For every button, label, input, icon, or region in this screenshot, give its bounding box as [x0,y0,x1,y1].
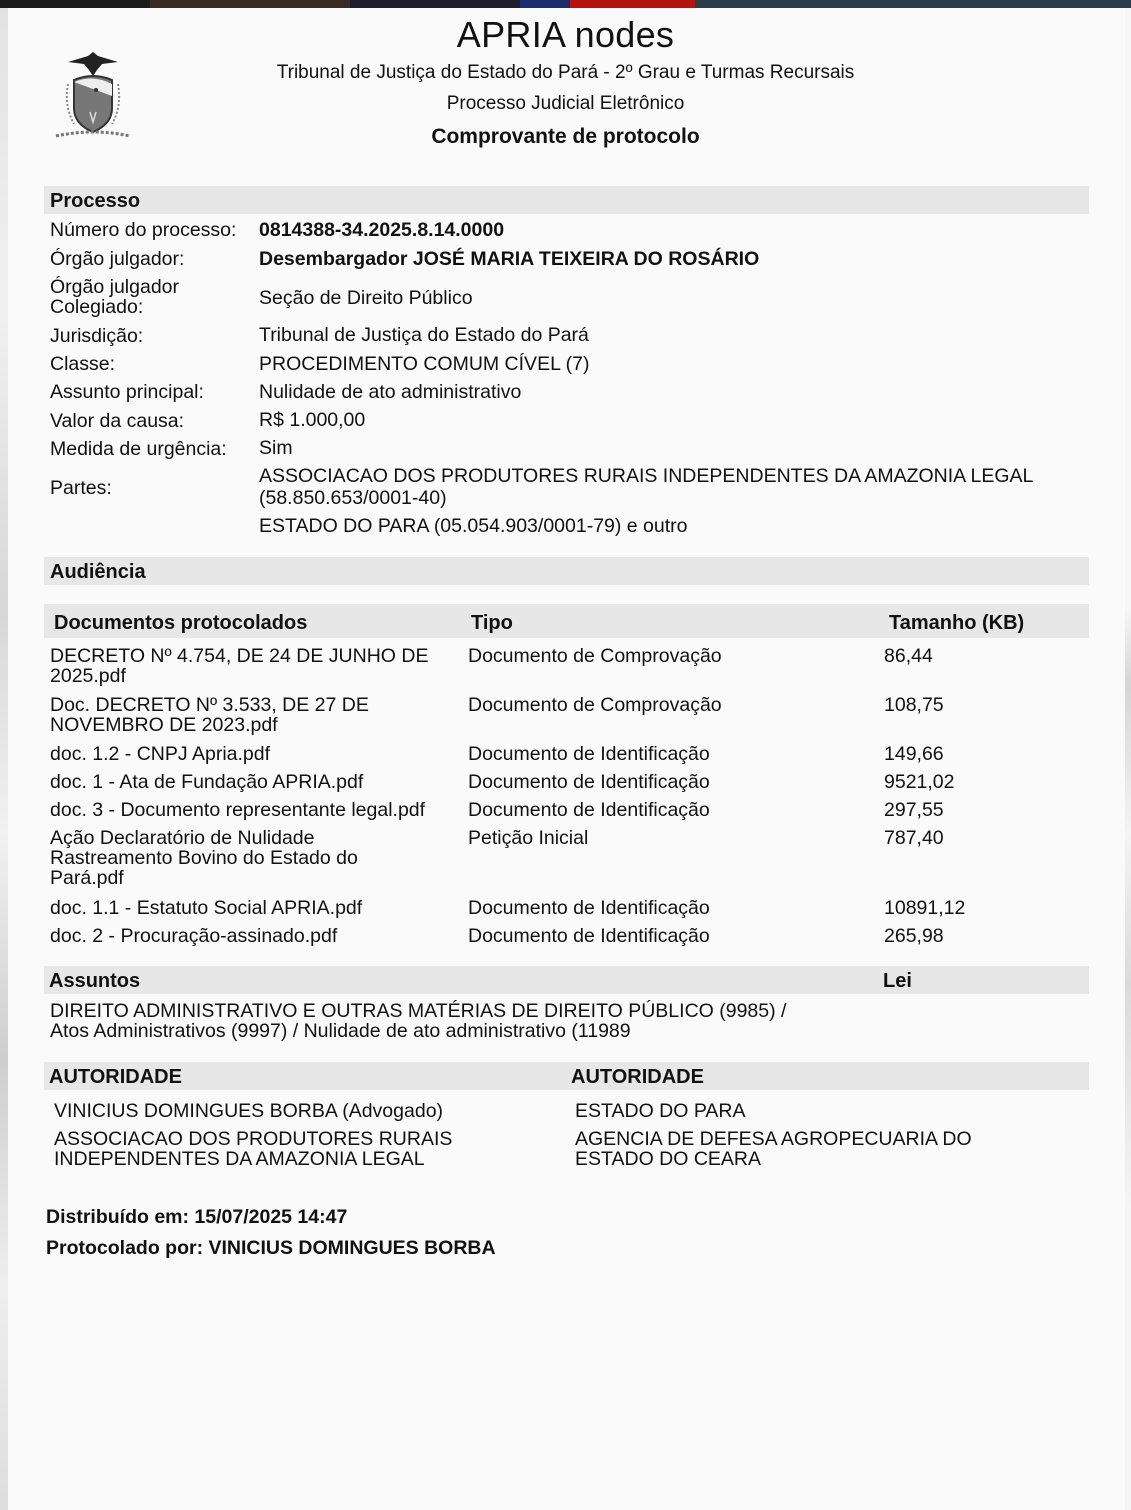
doc-type: Documento de Identificação [468,898,710,918]
parte-2: ESTADO DO PARA (05.054.903/0001-79) e ou… [259,516,688,537]
section-audiencia: Audiência [44,557,1089,585]
autoridade-right-2-line2: ESTADO DO CEARA [575,1149,761,1169]
assuntos-line1: DIREITO ADMINISTRATIVO E OUTRAS MATÉRIAS… [50,1001,786,1021]
field-label-orgao-colegiado-1: Órgão julgador [50,278,179,297]
court-name: Tribunal de Justiça do Estado do Pará - … [0,62,1131,84]
doc-name: doc. 1.2 - CNPJ Apria.pdf [50,744,460,764]
field-label-classe: Classe: [50,355,115,374]
assuntos-line2: Atos Administrativos (9997) / Nulidade d… [50,1021,631,1041]
section-processo: Processo [44,186,1089,214]
doc-name: Doc. DECRETO Nº 3.533, DE 27 DE NOVEMBRO… [50,695,460,735]
field-value-classe: PROCEDIMENTO COMUM CÍVEL (7) [259,354,589,375]
field-label-assunto: Assunto principal: [50,383,204,402]
autoridade-right-title: AUTORIDADE [571,1066,704,1089]
field-label-valor: Valor da causa: [50,412,184,431]
col-header-name: Documentos protocolados [54,612,307,635]
assuntos-title: Assuntos [49,970,140,993]
doc-size: 86,44 [884,646,933,666]
app-title: APRIA nodes [0,14,1131,56]
doc-name: doc. 2 - Procuração-assinado.pdf [50,926,460,946]
autoridade-header: AUTORIDADE AUTORIDADE [44,1062,1089,1090]
autoridade-right-2-line1: AGENCIA DE DEFESA AGROPECUARIA DO [575,1129,972,1149]
lei-title: Lei [883,970,912,993]
doc-name: doc. 1.1 - Estatuto Social APRIA.pdf [50,898,460,918]
autoridade-left-2-line2: INDEPENDENTES DA AMAZONIA LEGAL [54,1149,425,1169]
doc-type: Documento de Comprovação [468,646,722,666]
doc-size: 149,66 [884,744,944,764]
field-label-numero: Número do processo: [50,221,236,240]
field-label-orgao-colegiado-2: Colegiado: [50,298,143,317]
field-value-urgencia: Sim [259,438,293,459]
autoridade-left-2-line1: ASSOCIACAO DOS PRODUTORES RURAIS [54,1129,452,1149]
doc-type: Documento de Comprovação [468,695,722,715]
doc-name: doc. 3 - Documento representante legal.p… [50,800,460,820]
field-label-partes: Partes: [50,479,112,498]
page-edge-left [0,8,8,1510]
doc-size: 108,75 [884,695,944,715]
autoridade-left-title: AUTORIDADE [49,1066,182,1089]
autoridade-left-1: VINICIUS DOMINGUES BORBA (Advogado) [54,1101,443,1121]
doc-size: 265,98 [884,926,944,946]
doc-type: Documento de Identificação [468,772,710,792]
parte-1-line2: (58.850.653/0001-40) [259,488,447,509]
doc-type: Documento de Identificação [468,926,710,946]
field-label-orgao: Órgão julgador: [50,250,184,269]
distribuido-em: Distribuído em: 15/07/2025 14:47 [46,1206,347,1229]
field-value-numero: 0814388-34.2025.8.14.0000 [259,220,504,241]
doc-name: doc. 1 - Ata de Fundação APRIA.pdf [50,772,460,792]
autoridade-right-1: ESTADO DO PARA [575,1101,745,1121]
field-value-orgao: Desembargador JOSÉ MARIA TEIXEIRA DO ROS… [259,249,759,270]
field-label-urgencia: Medida de urgência: [50,440,227,459]
field-value-valor: R$ 1.000,00 [259,410,365,431]
field-value-jurisdicao: Tribunal de Justiça do Estado do Pará [259,325,589,346]
doc-type: Documento de Identificação [468,800,710,820]
documents-table-header: Documentos protocolados Tipo Tamanho (KB… [44,604,1089,638]
field-label-jurisdicao: Jurisdição: [50,327,143,346]
page-edge-right [1125,8,1131,1510]
protocolado-por: Protocolado por: VINICIUS DOMINGUES BORB… [46,1237,496,1260]
doc-size: 297,55 [884,800,944,820]
document-title: Comprovante de protocolo [0,125,1131,149]
col-header-type: Tipo [471,612,513,635]
field-value-assunto: Nulidade de ato administrativo [259,382,521,403]
doc-name: Ação Declaratório de Nulidade Rastreamen… [50,828,390,888]
doc-name: DECRETO Nº 4.754, DE 24 DE JUNHO DE 2025… [50,646,460,686]
doc-type: Documento de Identificação [468,744,710,764]
doc-type: Petição Inicial [468,828,588,848]
system-name: Processo Judicial Eletrônico [0,93,1131,115]
top-photo-strip [0,0,1131,8]
col-header-size: Tamanho (KB) [889,612,1024,635]
doc-size: 9521,02 [884,772,955,792]
assuntos-header: Assuntos Lei [44,966,1089,994]
field-value-orgao-colegiado: Seção de Direito Público [259,288,473,309]
parte-1-line1: ASSOCIACAO DOS PRODUTORES RURAIS INDEPEN… [259,466,1033,487]
doc-size: 787,40 [884,828,944,848]
doc-size: 10891,12 [884,898,965,918]
